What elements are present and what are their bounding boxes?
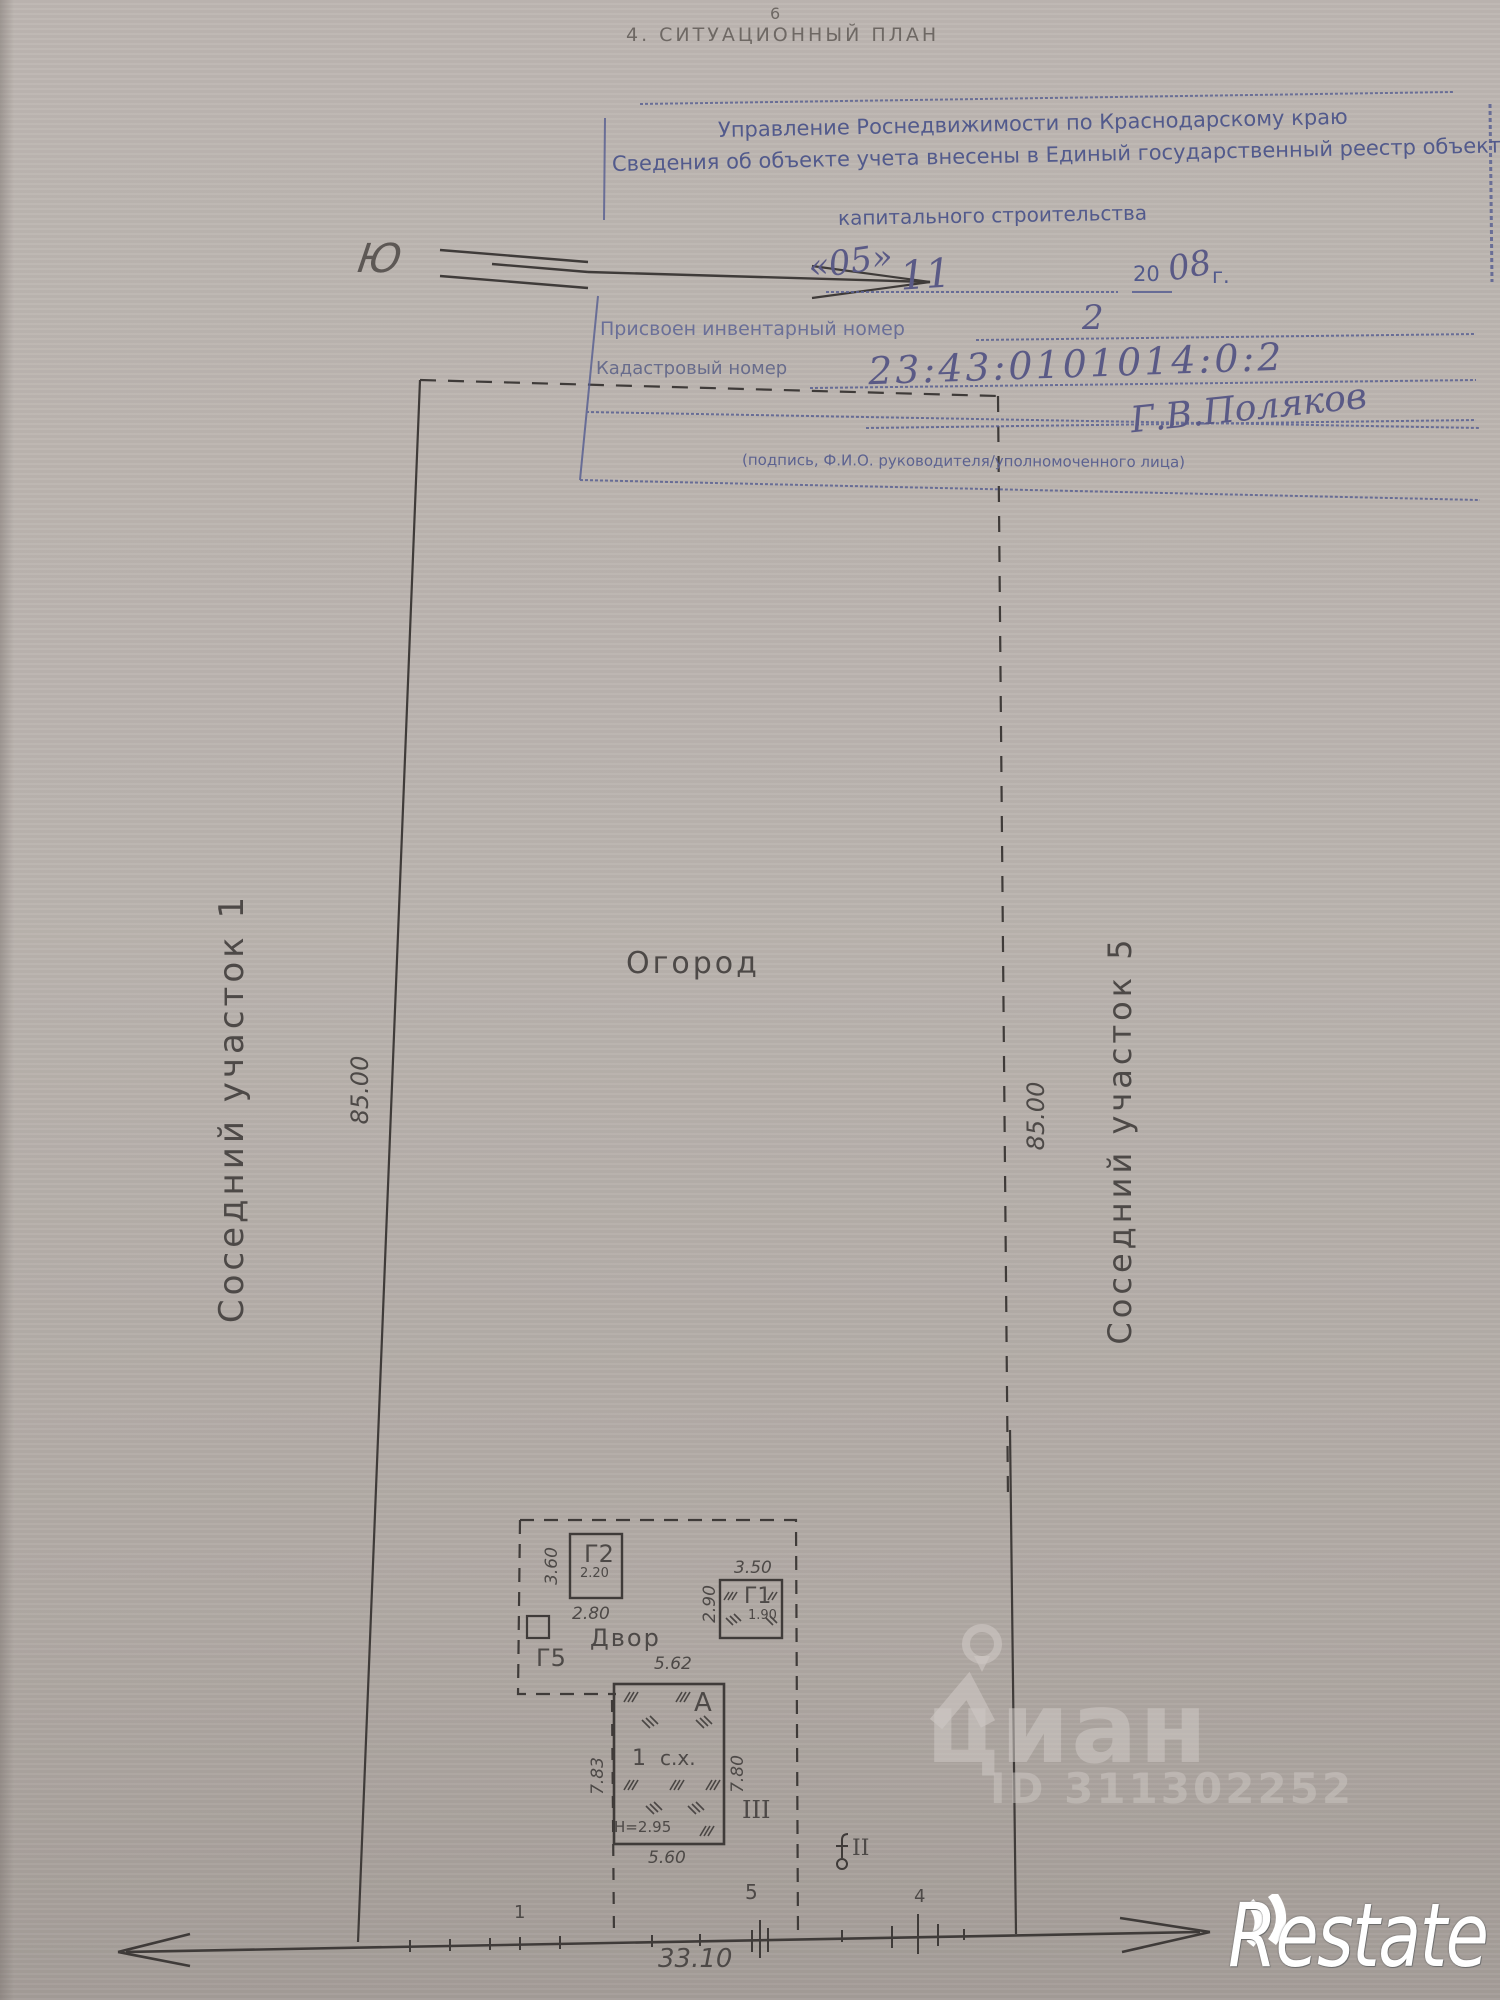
yard-label: Двор [590, 1624, 661, 1652]
frontage-width: 33.10 [658, 1944, 732, 1974]
neighbor-plot-right-label: Соседний участок 5 [1101, 935, 1139, 1344]
building-g5-id: Г5 [536, 1644, 566, 1672]
building-g2-depth: 3.60 [542, 1547, 562, 1585]
building-g1-depth: 2.90 [700, 1585, 720, 1623]
stamp-year-suffix: 08 [1165, 243, 1215, 290]
building-g1-width: 3.50 [734, 1558, 772, 1578]
building-g1-id: Г1 [744, 1584, 771, 1609]
street-arrow-right [1120, 1918, 1210, 1952]
stamp-signature-caption: (подпись, Ф.И.О. руководителя/уполномоче… [742, 451, 1185, 471]
neighbor-plot-left-label: Соседний участок 1 [212, 893, 252, 1323]
plot-length-right: 85.00 [1022, 1082, 1050, 1151]
building-g2-width: 2.80 [572, 1604, 610, 1624]
section-title: 4. СИТУАЦИОННЫЙ ПЛАН [626, 24, 939, 46]
building-a-use: с.х. [660, 1746, 696, 1770]
street-point-1: 1 [514, 1902, 525, 1923]
fence-label-ii: II [852, 1836, 869, 1861]
building-a-depth-left: 7.83 [588, 1757, 608, 1795]
stamp-year-prefix: 20 [1133, 262, 1160, 286]
building-a-height: Н=2.95 [614, 1818, 671, 1836]
fence-label-iii: III [742, 1796, 770, 1824]
plot-boundary-left [358, 380, 420, 1942]
stamp-year-unit: г. [1212, 264, 1230, 288]
building-g2-area: 2.20 [580, 1566, 609, 1581]
building-a-width-top: 5.62 [654, 1654, 692, 1674]
building-a-number: 1 [632, 1746, 646, 1771]
garden-label: Огород [626, 946, 760, 981]
stamp-date-month: 11 [898, 250, 952, 299]
street-point-4: 4 [914, 1886, 925, 1907]
building-g2-id: Г2 [584, 1540, 614, 1568]
plot-length-left: 85.00 [346, 1056, 374, 1125]
restate-watermark: Restate [1228, 1884, 1487, 1987]
building-a-depth-right: 7.80 [728, 1755, 748, 1793]
building-g1-area: 1.90 [748, 1608, 777, 1623]
stamp-cadastral-label: Кадастровый номер [596, 358, 787, 379]
stamp-inventory-value: 2 [1082, 298, 1104, 338]
building-a-width-bottom: 5.60 [648, 1848, 686, 1868]
stamp-inventory-label: Присвоен инвентарный номер [600, 318, 905, 340]
building-g5 [527, 1616, 549, 1638]
plot-boundary-right-dashed [998, 396, 1008, 1500]
building-a-id: А [694, 1688, 712, 1718]
street-point-5: 5 [745, 1880, 758, 1904]
page-number: 6 [770, 4, 780, 23]
north-indicator-label: Ю [355, 236, 405, 282]
cian-listing-id: ID 311302252 [990, 1764, 1354, 1813]
